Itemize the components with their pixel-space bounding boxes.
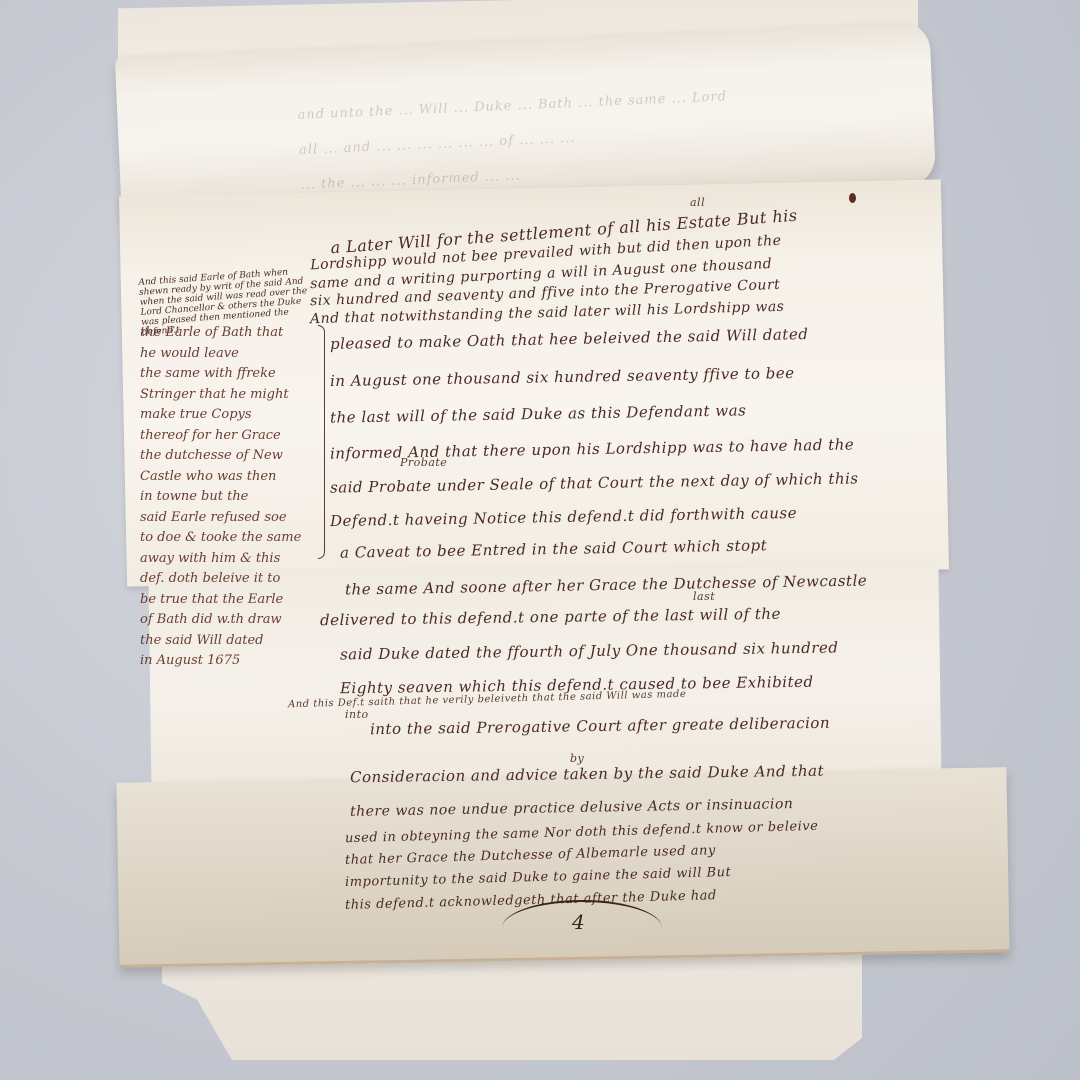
interlineation: Probate	[400, 456, 447, 469]
margin-note-line: the dutchesse of New	[140, 446, 318, 467]
margin-note-line: in towne but the	[140, 487, 318, 508]
margin-note-line: Stringer that he might	[140, 385, 318, 406]
margin-note-line: def. doth beleive it to	[140, 569, 318, 590]
torn-bottom-sheet	[162, 950, 862, 1060]
margin-note-line: the said Will dated	[140, 631, 318, 652]
ink-blot	[849, 193, 856, 203]
margin-note-line: the Earle of Bath that	[140, 323, 318, 344]
margin-note-line: said Earle refused soe	[140, 508, 318, 529]
margin-note-line: of Bath did w.th draw	[140, 610, 318, 631]
interlineation: by	[570, 752, 584, 765]
margin-note-line: he would leave	[140, 344, 318, 365]
interlineation: into	[345, 708, 369, 721]
page-number-mark: 4	[502, 900, 662, 956]
ghost-text-line: and unto the ... Will ... Duke ... Bath …	[297, 89, 727, 123]
margin-note-line: be true that the Earle	[140, 590, 318, 611]
margin-bracket	[318, 325, 325, 559]
margin-note-line: away with him & this	[140, 549, 318, 570]
margin-note-line: the same with ffreke	[140, 364, 318, 385]
margin-note-line: Castle who was then	[140, 467, 318, 488]
ghost-text-line: all ... and ... ... ... ... ... ... of .…	[299, 131, 576, 158]
interlineation: all	[690, 196, 705, 209]
page-number: 4	[572, 910, 585, 934]
margin-note-line: to doe & tooke the same	[140, 528, 318, 549]
margin-note-line: make true Copys	[140, 405, 318, 426]
interlineation: last	[693, 590, 715, 603]
margin-note-line: thereof for her Grace	[140, 426, 318, 447]
margin-note-block: the Earle of Bath that he would leave th…	[140, 323, 318, 672]
margin-note-line: in August 1675	[140, 651, 318, 672]
